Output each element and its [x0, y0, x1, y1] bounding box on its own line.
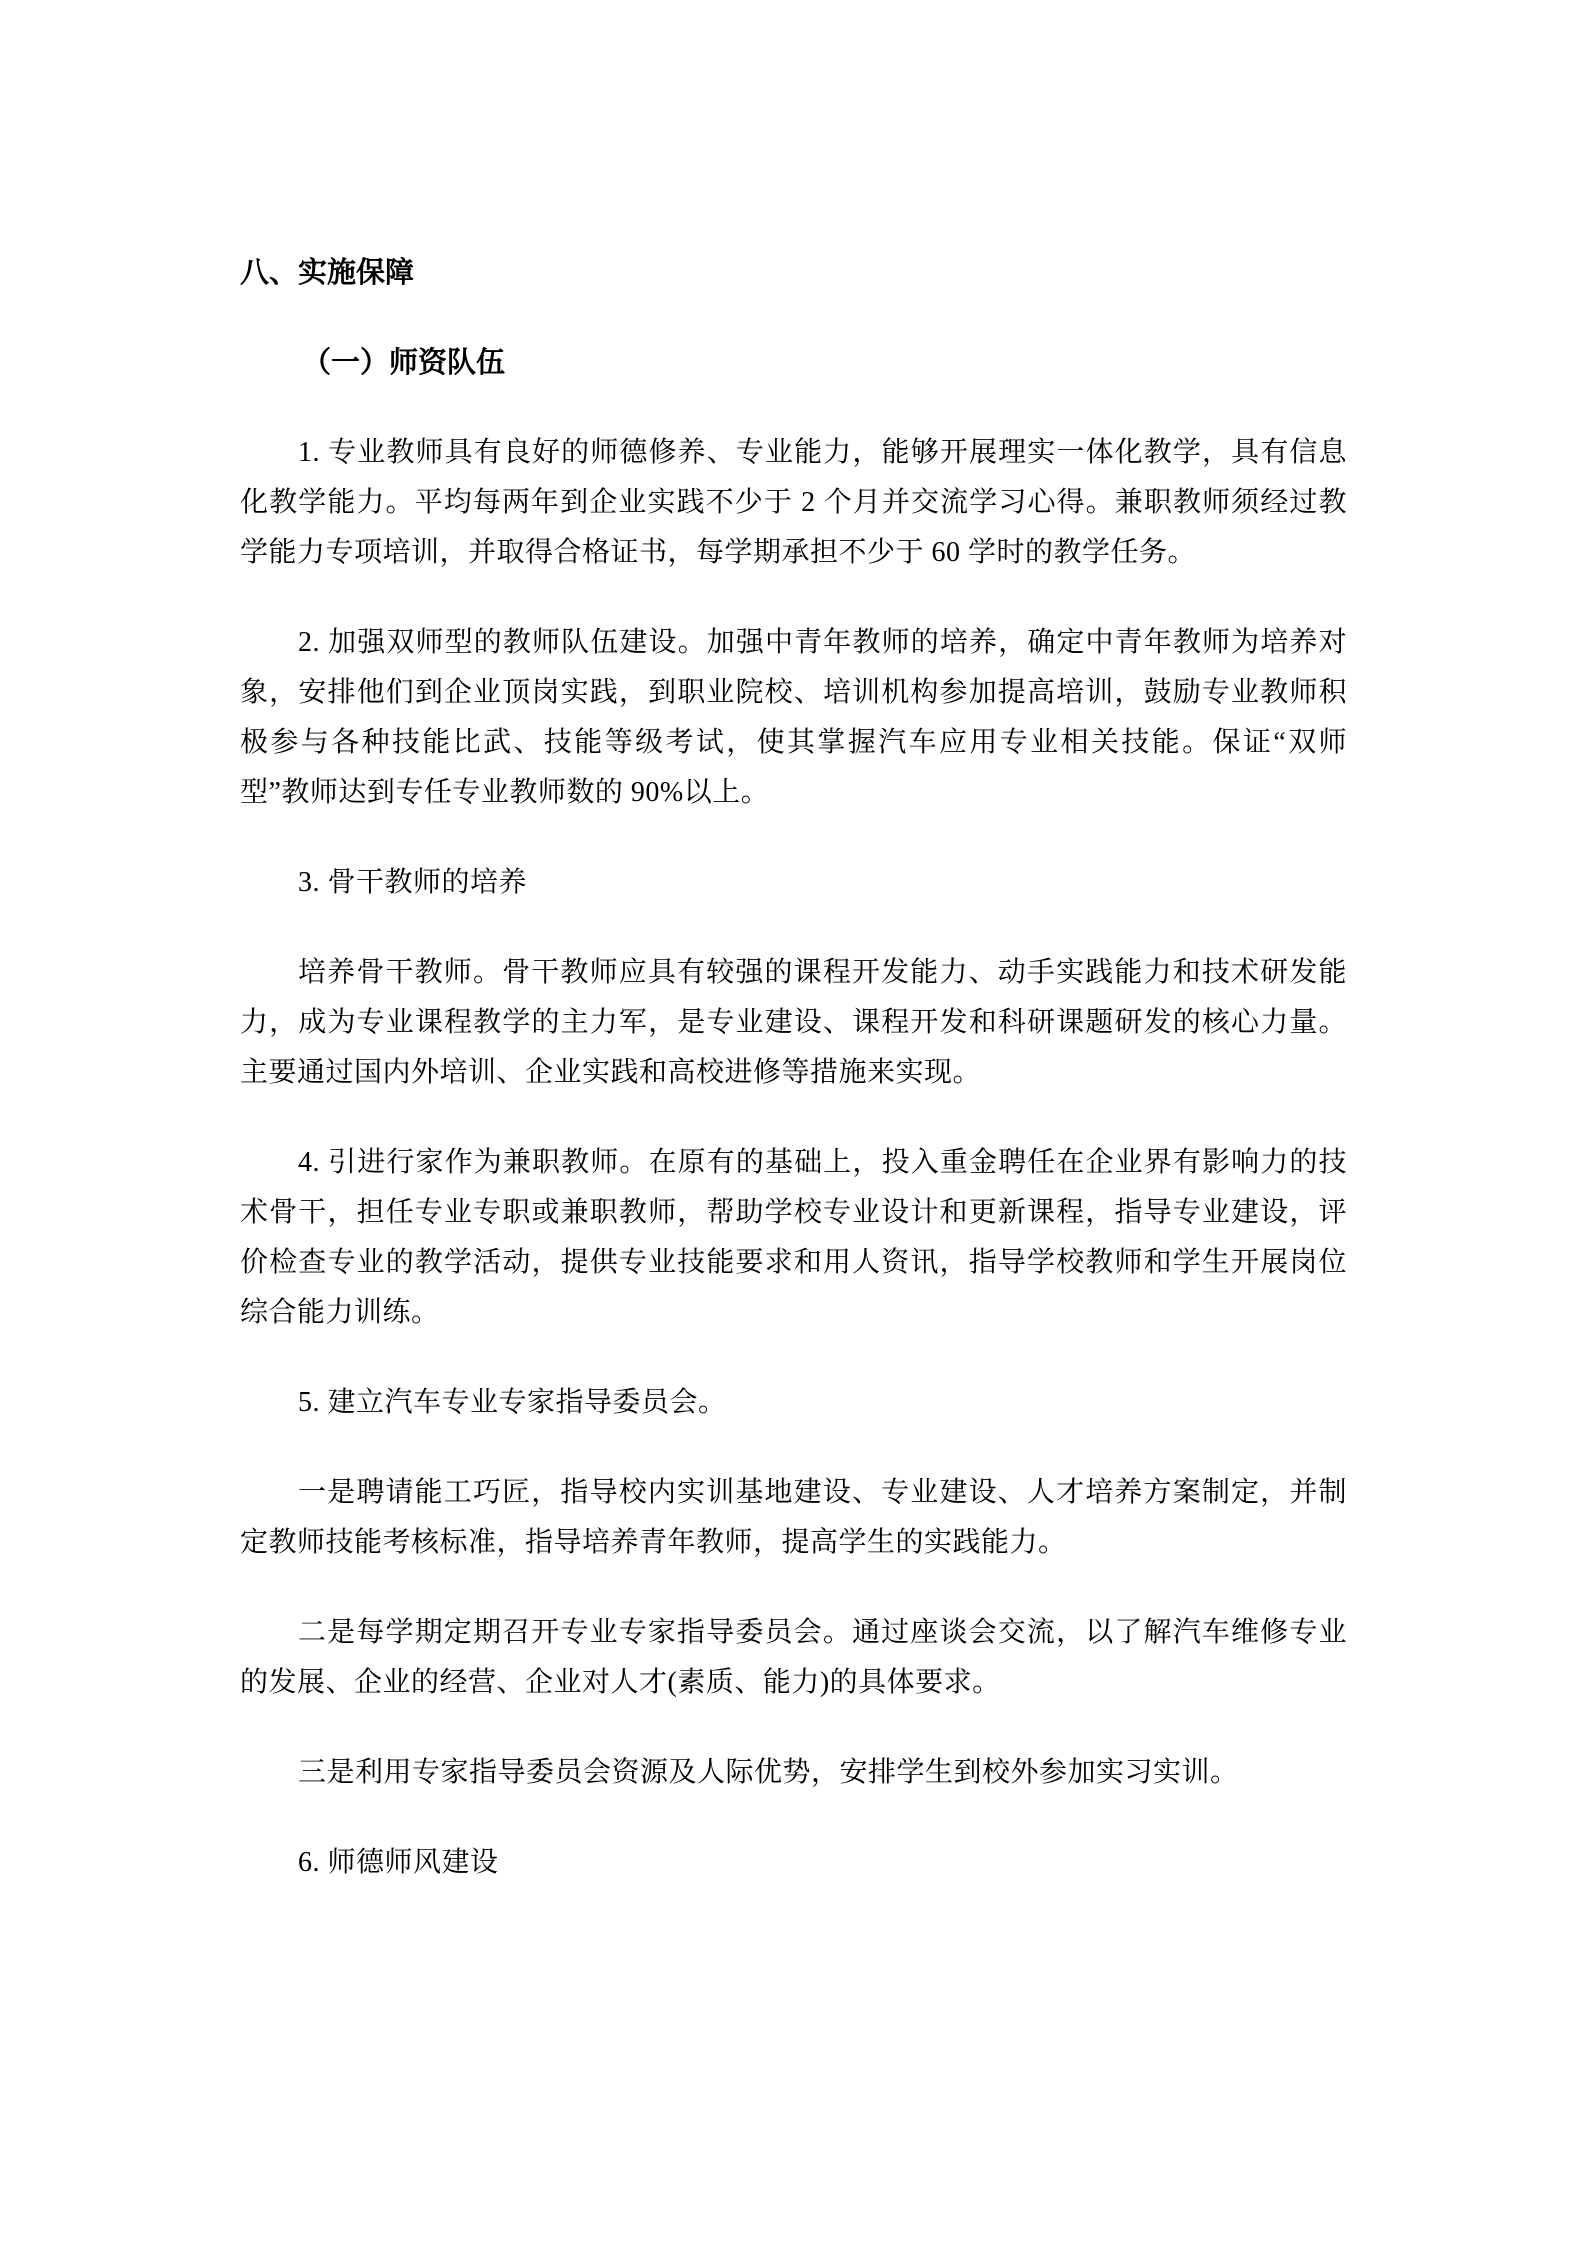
paragraph-teacher-quality: 1. 专业教师具有良好的师德修养、专业能力，能够开展理实一体化教学，具有信息化教… — [240, 428, 1347, 578]
paragraph-expert-committee-point2: 二是每学期定期召开专业专家指导委员会。通过座谈会交流，以了解汽车维修专业的发展、… — [240, 1608, 1347, 1708]
paragraph-expert-committee-title: 5. 建立汽车专业专家指导委员会。 — [240, 1378, 1347, 1428]
paragraph-backbone-teachers-title: 3. 骨干教师的培养 — [240, 858, 1347, 908]
section-heading: 八、实施保障 — [240, 248, 1347, 298]
subsection-heading: （一）师资队伍 — [240, 338, 1347, 388]
paragraph-teacher-ethics-title: 6. 师德师风建设 — [240, 1838, 1347, 1888]
paragraph-expert-committee-point3: 三是利用专家指导委员会资源及人际优势，安排学生到校外参加实习实训。 — [240, 1748, 1347, 1798]
document-page: 八、实施保障 （一）师资队伍 1. 专业教师具有良好的师德修养、专业能力，能够开… — [0, 0, 1587, 2245]
paragraph-part-time-experts: 4. 引进行家作为兼职教师。在原有的基础上，投入重金聘任在企业界有影响力的技术骨… — [240, 1138, 1347, 1338]
paragraph-dual-qualified-teachers: 2. 加强双师型的教师队伍建设。加强中青年教师的培养，确定中青年教师为培养对象，… — [240, 618, 1347, 818]
paragraph-expert-committee-point1: 一是聘请能工巧匠，指导校内实训基地建设、专业建设、人才培养方案制定，并制定教师技… — [240, 1468, 1347, 1568]
paragraph-backbone-teachers-body: 培养骨干教师。骨干教师应具有较强的课程开发能力、动手实践能力和技术研发能力，成为… — [240, 948, 1347, 1098]
